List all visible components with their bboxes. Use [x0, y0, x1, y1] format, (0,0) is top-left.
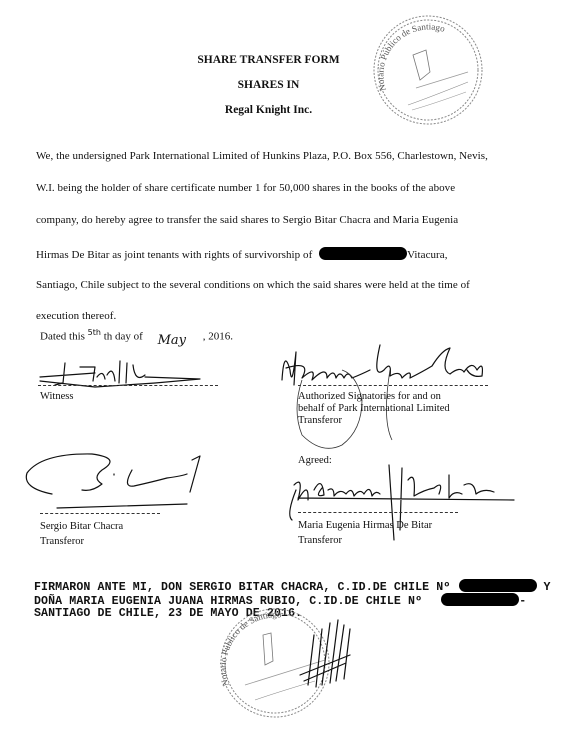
maria-name: Maria Eugenia Hirmas De Bitar — [298, 518, 432, 533]
maria-block: Maria Eugenia Hirmas De Bitar Transferor — [298, 518, 432, 548]
witness-label: Witness — [40, 391, 73, 402]
dated-line: Dated this 5th th day of May , 2016. — [40, 328, 233, 344]
svg-text:Notario Público de Santiago: Notario Público de Santiago — [218, 609, 282, 687]
redacted-address — [319, 247, 407, 260]
body-line-6: execution thereof. — [36, 310, 116, 322]
body-line-3: company, do hereby agree to transfer the… — [36, 214, 458, 226]
witness-line — [38, 385, 218, 386]
sergio-signature — [22, 448, 222, 508]
sergio-line — [40, 513, 160, 514]
authorized-line — [298, 385, 488, 386]
notary-line-2-tail: - — [519, 595, 526, 608]
stamp-text-bottom: Notario Público de Santiago — [218, 609, 282, 687]
maria-line — [298, 512, 458, 513]
dated-day: 5th — [88, 328, 101, 337]
notary-line-1: FIRMARON ANTE MI, DON SERGIO BITAR CHACR… — [34, 579, 551, 594]
authorized-label-3: Transferor — [298, 415, 450, 427]
sergio-role: Transferor — [40, 534, 123, 549]
notary-stamp-top: Notario Público de Santiago — [368, 10, 488, 130]
body-line-1: We, the undersigned Park International L… — [36, 150, 488, 162]
dated-prefix: Dated this — [40, 331, 85, 343]
dated-month: May — [158, 333, 186, 348]
redacted-id-sergio — [459, 579, 537, 592]
body-line-2: W.I. being the holder of share certifica… — [36, 182, 455, 194]
body-line-4: Hirmas De Bitar as joint tenants with ri… — [36, 247, 448, 261]
sergio-block: Sergio Bitar Chacra Transferor — [40, 519, 123, 549]
notary-line-1-tail: Y — [543, 581, 550, 594]
dated-suffix: th day of — [104, 331, 143, 343]
authorized-label-1: Authorized Signatories for and on — [298, 391, 450, 403]
body-line-4-tail: Vitacura, — [407, 249, 447, 261]
redacted-id-maria — [441, 593, 519, 606]
notary-signature — [300, 615, 360, 695]
authorized-block: Authorized Signatories for and on behalf… — [298, 391, 450, 427]
body-line-5: Santiago, Chile subject to the several c… — [36, 279, 470, 291]
dated-year: , 2016. — [203, 331, 233, 343]
sergio-name: Sergio Bitar Chacra — [40, 519, 123, 534]
authorized-label-2: behalf of Park International Limited — [298, 403, 450, 415]
body-line-4-text: Hirmas De Bitar as joint tenants with ri… — [36, 249, 312, 261]
maria-role: Transferor — [298, 533, 432, 548]
